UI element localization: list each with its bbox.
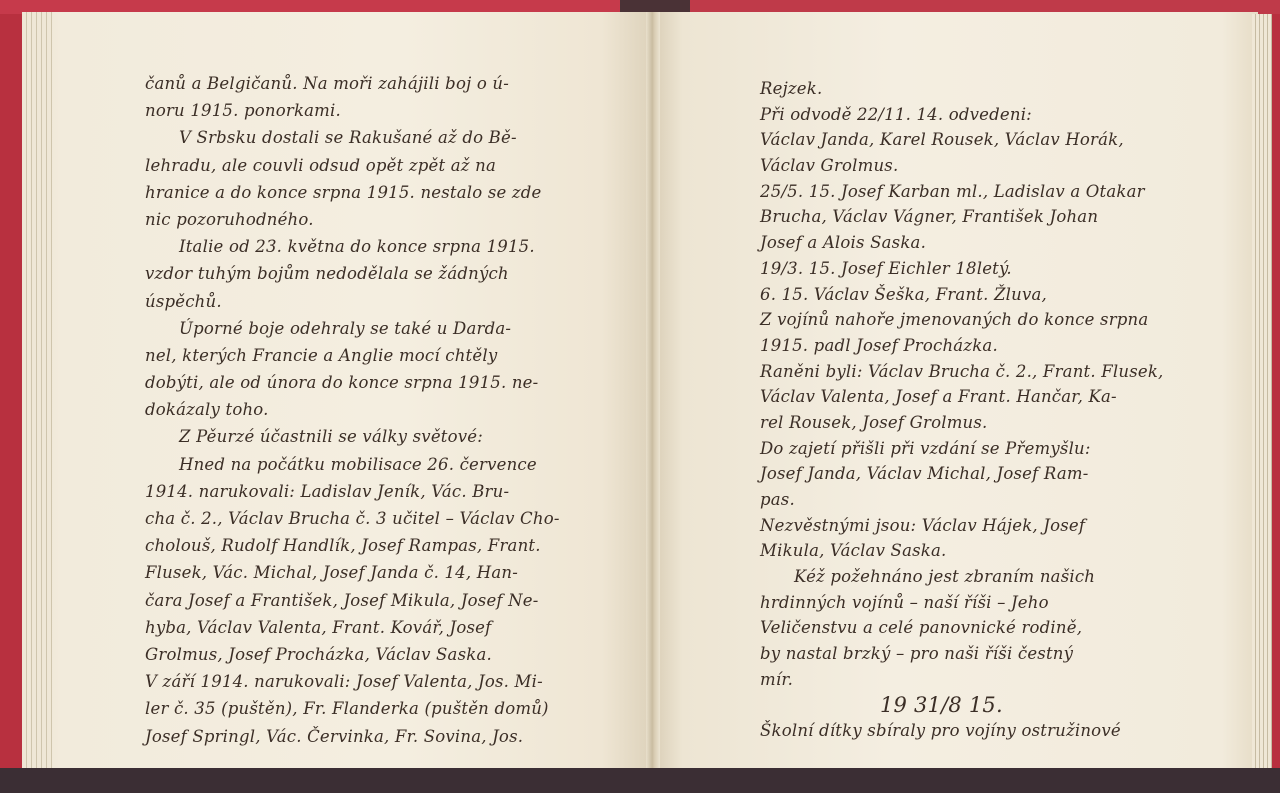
handwritten-line: Rejzek. [760, 76, 1170, 102]
handwritten-line: Z Pěurzé účastnili se války světové: [145, 423, 575, 450]
handwritten-line: V září 1914. narukovali: Josef Valenta, … [145, 668, 575, 695]
handwritten-line: mír. [760, 667, 1170, 693]
handwritten-line: 19/3. 15. Josef Eichler 18letý. [760, 256, 1170, 282]
handwritten-line: hrdinných vojínů – naší říši – Jeho [760, 590, 1170, 616]
handwritten-line: 25/5. 15. Josef Karban ml., Ladislav a O… [760, 179, 1170, 205]
handwritten-line: Grolmus, Josef Procházka, Václav Saska. [145, 641, 575, 668]
handwritten-line: Brucha, Václav Vágner, František Johan [760, 204, 1170, 230]
handwritten-line: ler č. 35 (puštěn), Fr. Flanderka (puště… [145, 695, 575, 722]
handwritten-line: 6. 15. Václav Šeška, Frant. Žluva, [760, 282, 1170, 308]
page-edges-left [22, 12, 52, 768]
handwritten-line: Václav Janda, Karel Rousek, Václav Horák… [760, 127, 1170, 153]
handwritten-line: hranice a do konce srpna 1915. nestalo s… [145, 179, 575, 206]
handwritten-line: Václav Valenta, Josef a Frant. Hančar, K… [760, 384, 1170, 410]
handwritten-line: pas. [760, 487, 1170, 513]
handwritten-line: hyba, Václav Valenta, Frant. Kovář, Jose… [145, 614, 575, 641]
handwritten-line: vzdor tuhým bojům nedodělala se žádných [145, 260, 575, 287]
handwritten-line: Při odvodě 22/11. 14. odvedeni: [760, 102, 1170, 128]
left-page-text: čanů a Belgičanů. Na moři zahájili boj o… [145, 70, 575, 750]
handwritten-line: Josef Janda, Václav Michal, Josef Ram- [760, 461, 1170, 487]
handwritten-line: Raněni byli: Václav Brucha č. 2., Frant.… [760, 359, 1170, 385]
handwritten-line: Josef a Alois Saska. [760, 230, 1170, 256]
handwritten-line: rel Rousek, Josef Grolmus. [760, 410, 1170, 436]
handwritten-line: cholouš, Rudolf Handlík, Josef Rampas, F… [145, 532, 575, 559]
handwritten-line: Italie od 23. května do konce srpna 1915… [145, 233, 575, 260]
handwritten-line: V Srbsku dostali se Rakušané až do Bě- [145, 124, 575, 151]
page-edges-right [1252, 14, 1272, 768]
handwritten-line: Flusek, Vác. Michal, Josef Janda č. 14, … [145, 559, 575, 586]
handwritten-line: Úporné boje odehraly se také u Darda- [145, 315, 575, 342]
handwritten-line: Václav Grolmus. [760, 153, 1170, 179]
handwritten-line: Hned na počátku mobilisace 26. července [145, 451, 575, 478]
handwritten-line: 19 31/8 15. [760, 693, 1170, 719]
handwritten-line: Veličenstvu a celé panovnické rodině, [760, 615, 1170, 641]
handwritten-line: dokázaly toho. [145, 396, 575, 423]
handwritten-line: Nezvěstnými jsou: Václav Hájek, Josef [760, 513, 1170, 539]
handwritten-line: čara Josef a František, Josef Mikula, Jo… [145, 587, 575, 614]
handwritten-line: cha č. 2., Václav Brucha č. 3 učitel – V… [145, 505, 575, 532]
handwritten-line: čanů a Belgičanů. Na moři zahájili boj o… [145, 70, 575, 97]
handwritten-line: Mikula, Václav Saska. [760, 538, 1170, 564]
handwritten-line: Josef Springl, Vác. Červinka, Fr. Sovina… [145, 723, 575, 750]
handwritten-line: 1914. narukovali: Ladislav Jeník, Vác. B… [145, 478, 575, 505]
handwritten-line: by nastal brzký – pro naši říši čestný [760, 641, 1170, 667]
handwritten-line: 1915. padl Josef Procházka. [760, 333, 1170, 359]
handwritten-line: noru 1915. ponorkami. [145, 97, 575, 124]
handwritten-line: Do zajetí přišli při vzdání se Přemyšlu: [760, 436, 1170, 462]
right-page-text: Rejzek.Při odvodě 22/11. 14. odvedeni:Vá… [760, 76, 1170, 744]
handwritten-line: Kéž požehnáno jest zbraním našich [760, 564, 1170, 590]
handwritten-line: Z vojínů nahoře jmenovaných do konce srp… [760, 307, 1170, 333]
book-gutter [646, 12, 660, 768]
table-surface [0, 768, 1280, 793]
handwritten-line: dobýti, ale od února do konce srpna 1915… [145, 369, 575, 396]
handwritten-line: nel, kterých Francie a Anglie mocí chtěl… [145, 342, 575, 369]
handwritten-line: nic pozoruhodného. [145, 206, 575, 233]
handwritten-line: lehradu, ale couvli odsud opět zpět až n… [145, 152, 575, 179]
handwritten-line: úspěchů. [145, 288, 575, 315]
handwritten-line: Školní dítky sbíraly pro vojíny ostružin… [760, 718, 1170, 744]
